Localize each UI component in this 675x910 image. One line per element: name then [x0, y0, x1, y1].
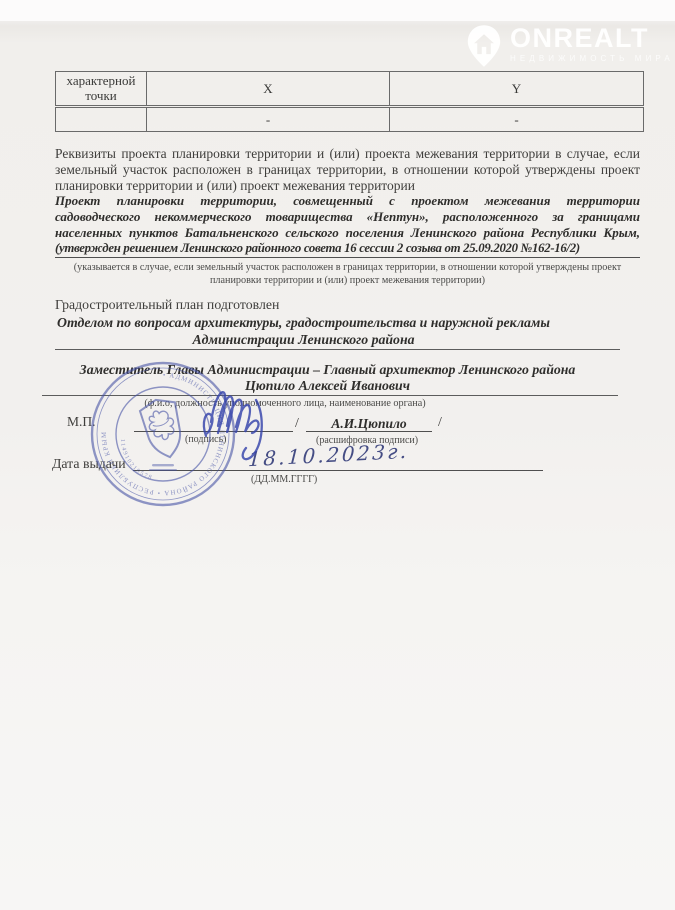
- coordinates-table: характерной точки X Y - -: [55, 71, 644, 132]
- stamp-coat-of-arms: [138, 396, 187, 462]
- watermark-tagline: НЕДВИЖИМОСТЬ МИРА: [510, 54, 674, 63]
- date-format-caption: (ДД.ММ.ГГГГ): [251, 474, 317, 485]
- cell-x: -: [147, 107, 390, 132]
- header-point-line1: характерной: [56, 74, 146, 89]
- table-row: - -: [56, 107, 644, 132]
- org-underline: [55, 349, 620, 350]
- prepared-org-line2: Администрации Ленинского района: [55, 332, 552, 349]
- table-header-row: характерной точки X Y: [56, 72, 644, 107]
- handwritten-signature: [196, 380, 308, 468]
- header-cell-x: X: [147, 72, 390, 107]
- slash-separator-2: /: [438, 415, 442, 431]
- watermark-brand: ONREALT: [510, 24, 674, 52]
- document-page: ONREALT НЕДВИЖИМОСТЬ МИРА характерной то…: [0, 0, 675, 910]
- watermark-text: ONREALT НЕДВИЖИМОСТЬ МИРА: [510, 24, 674, 63]
- onrealt-watermark: ONREALT НЕДВИЖИМОСТЬ МИРА: [466, 24, 674, 68]
- header-cell-point: характерной точки: [56, 72, 147, 107]
- scan-top-edge: [0, 0, 675, 21]
- header-point-line2: точки: [56, 89, 146, 104]
- name-line: [306, 431, 432, 432]
- signer-name: А.И.Цюпило: [306, 416, 432, 432]
- stamp-small-text-marks: [149, 464, 177, 471]
- project-value-paragraph: Проект планировки территории, совмещенны…: [55, 193, 640, 241]
- prepared-org-line1: Отделом по вопросам архитектуры, градост…: [55, 315, 552, 332]
- cell-y: -: [390, 107, 644, 132]
- prepared-org: Отделом по вопросам архитектуры, градост…: [55, 315, 640, 348]
- project-approval-line: (утвержден решением Ленинского районного…: [55, 241, 640, 258]
- pin-house-icon: [466, 24, 502, 68]
- prepared-label: Градостроительный план подготовлен: [55, 297, 640, 313]
- cell-point: [56, 107, 147, 132]
- header-cell-y: Y: [390, 72, 644, 107]
- requisites-paragraph: Реквизиты проекта планировки территории …: [55, 146, 640, 193]
- field-note: (указывается в случае, если земельный уч…: [55, 262, 640, 287]
